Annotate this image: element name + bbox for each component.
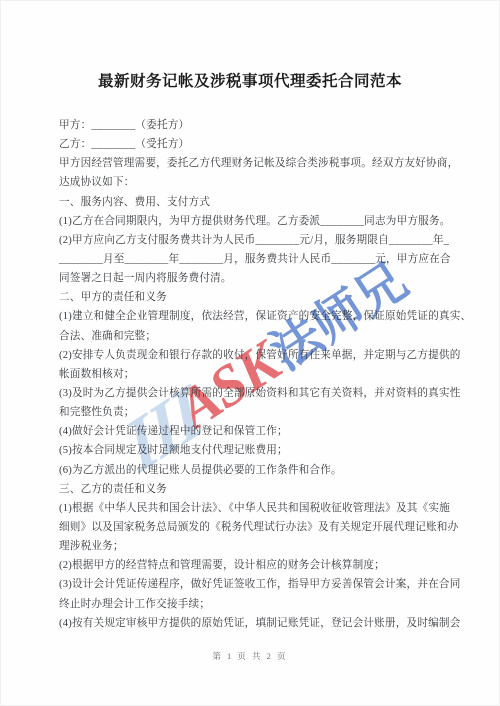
text-line: 同签署之日起一周内将服务费付清。 <box>59 269 451 288</box>
text-line: 乙方：________（受托方） <box>59 135 451 154</box>
text-line: 三、乙方的责任和义务 <box>59 480 451 499</box>
text-line: (3)及时为乙方提供会计核算所需的全部原始资料和其它有关资料，并对资料的真实性 <box>59 384 451 403</box>
text-line: (1)乙方在合同期限内，为甲方提供财务代理。乙方委派________同志为甲方服… <box>59 212 451 231</box>
text-line: 理涉税业务； <box>59 537 451 556</box>
screenshot-canvas: IIIASK法师兄 最新财务记帐及涉税事项代理委托合同范本 甲方：_______… <box>0 0 500 706</box>
text-line: (2)根据甲方的经营特点和管理需要，设计相应的财务会计核算制度； <box>59 556 451 575</box>
text-line: 达成协议如下： <box>59 173 451 192</box>
contract-page: IIIASK法师兄 最新财务记帐及涉税事项代理委托合同范本 甲方：_______… <box>0 0 500 706</box>
text-line: 细则》以及国家税务总局颁发的《税务代理试行办法》及有关规定开展代理记账和办 <box>59 518 451 537</box>
document-body: 甲方：________（委托方）乙方：________（受托方）甲方因经营管理需… <box>59 116 451 633</box>
text-line: (4)按有关规定审核甲方提供的原始凭证，填制记账凭证，登记会计账册，及时编制会 <box>59 614 451 633</box>
document-title: 最新财务记帐及涉税事项代理委托合同范本 <box>1 69 499 91</box>
text-line: 甲方因经营管理需要，委托乙方代理财务记帐及综合类涉税事项。经双方友好协商， <box>59 154 451 173</box>
text-line: (3)设计会计凭证传递程序，做好凭证签收工作，指导甲方妥善保管会计案，并在合同 <box>59 575 451 594</box>
text-line: (5)按本合同规定及时足额地支付代理记账费用； <box>59 441 451 460</box>
text-line: 帐面数相核对； <box>59 365 451 384</box>
text-line: (1)建立和健全企业管理制度，依法经营，保证资产的安全完整，保证原始凭证的真实、 <box>59 307 451 326</box>
page-footer: 第 1 页 共 2 页 <box>1 650 499 662</box>
text-line: (4)做好会计凭证传递过程中的登记和保管工作； <box>59 422 451 441</box>
text-line: 终止时办理会计工作交接手续； <box>59 595 451 614</box>
text-line: 和完整性负责； <box>59 403 451 422</box>
text-line: (1)根据《中华人民共和国会计法》、《中华人民共和国税收征收管理法》及其《实施 <box>59 499 451 518</box>
text-line: (2)安排专人负责现金和银行存款的收付，保管好所有往来单据，并定期与乙方提供的 <box>59 346 451 365</box>
text-line: (2)甲方应向乙方支付服务费共计为人民币________元/月，服务期限自___… <box>59 231 451 250</box>
text-line: (6)为乙方派出的代理记账人员提供必要的工作条件和合作。 <box>59 461 451 480</box>
text-line: ________月至________年________月，服务费共计人民币___… <box>59 250 451 269</box>
text-line: 二、甲方的责任和义务 <box>59 288 451 307</box>
text-line: 一、服务内容、费用、支付方式 <box>59 193 451 212</box>
text-line: 合法、准确和完整； <box>59 327 451 346</box>
text-line: 甲方：________（委托方） <box>59 116 451 135</box>
